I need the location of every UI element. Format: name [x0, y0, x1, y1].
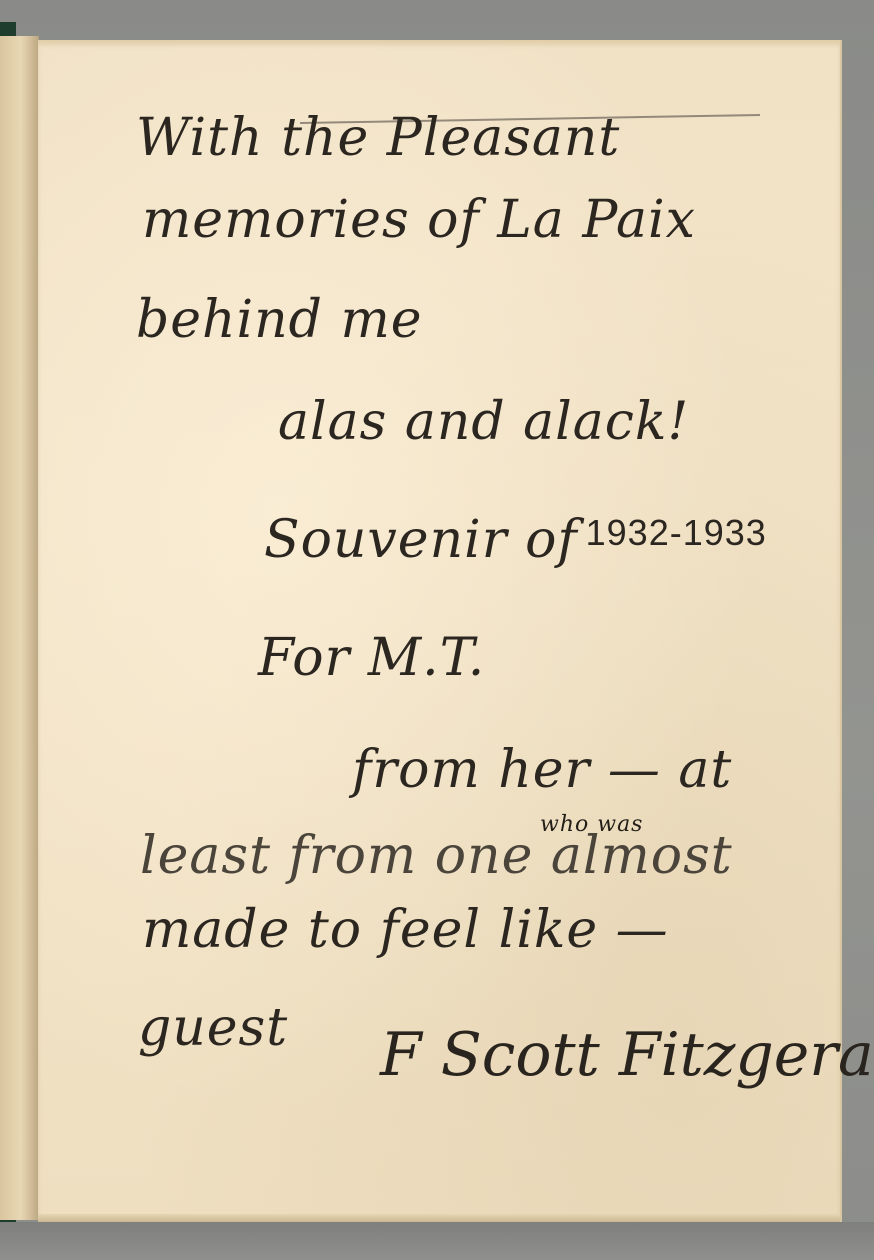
inscription-line-4: alas and alack! [278, 392, 689, 452]
inscription-line-7: from her — at [352, 740, 732, 800]
backdrop-shadow [0, 1222, 874, 1260]
inscription-line-9: made to feel like — [142, 900, 669, 960]
inscription-line-3: behind me [136, 290, 423, 350]
inscription-line-10: guest [138, 998, 288, 1058]
facing-page-gutter [0, 36, 39, 1220]
souvenir-text: Souvenir of [264, 510, 578, 570]
inscription-line-6: For M.T. [258, 628, 485, 688]
signature: F Scott Fitzgerald [380, 1020, 874, 1090]
inscription-line-5: Souvenir of1932-1933 [264, 510, 767, 570]
year-text: 1932-1933 [586, 512, 767, 553]
inscription-line-2: memories of La Paix [142, 190, 696, 250]
inscription-line-8: least from one almost [140, 826, 733, 886]
inscription-line-1: With the Pleasant [136, 108, 620, 168]
page-edge [38, 1214, 840, 1222]
